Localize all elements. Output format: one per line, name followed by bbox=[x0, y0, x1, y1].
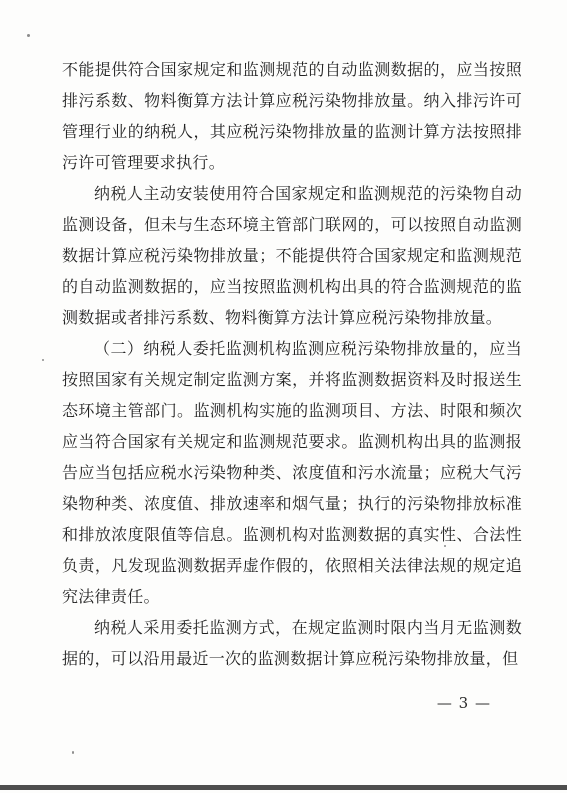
paragraph-continuation: 不能提供符合国家规定和监测规范的自动监测数据的，应当按照排污系数、物料衡算方法计… bbox=[62, 54, 522, 178]
scan-speck bbox=[27, 34, 30, 37]
page-number: — 3 — bbox=[437, 694, 491, 712]
scan-speck bbox=[444, 545, 446, 547]
document-page: 不能提供符合国家规定和监测规范的自动监测数据的，应当按照排污系数、物料衡算方法计… bbox=[0, 0, 567, 793]
document-body: 不能提供符合国家规定和监测规范的自动监测数据的，应当按照排污系数、物料衡算方法计… bbox=[62, 54, 522, 674]
scan-edge-artifact bbox=[0, 785, 567, 790]
scan-speck bbox=[72, 751, 74, 754]
scan-speck bbox=[42, 359, 44, 361]
paragraph: 纳税人采用委托监测方式，在规定监测时限内当月无监测数据的，可以沿用最近一次的监测… bbox=[62, 612, 522, 674]
paragraph-item-two: （二）纳税人委托监测机构监测应税污染物排放量的，应当按照国家有关规定制定监测方案… bbox=[62, 333, 522, 612]
paragraph: 纳税人主动安装使用符合国家规定和监测规范的污染物自动监测设备，但未与生态环境主管… bbox=[62, 178, 522, 333]
